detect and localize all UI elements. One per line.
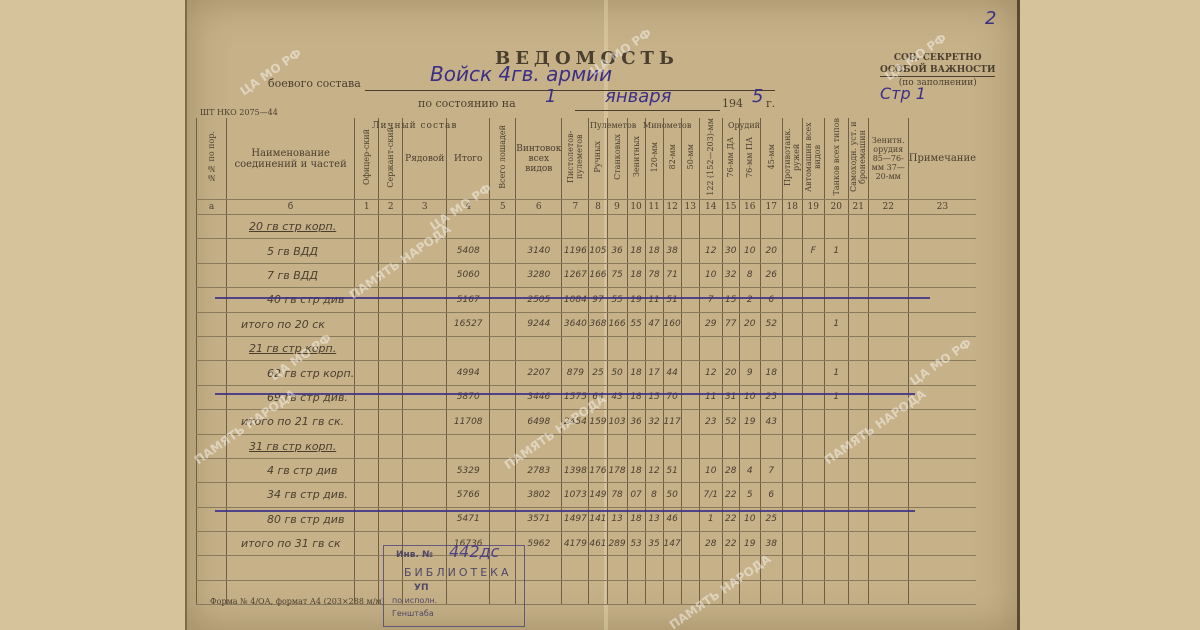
- value-cell: 20: [739, 312, 760, 336]
- value-cell: 5329: [447, 458, 490, 482]
- value-cell: 19: [739, 410, 760, 434]
- value-cell: 1: [824, 361, 848, 385]
- value-cell: [782, 288, 802, 312]
- value-cell: 3140: [516, 239, 562, 263]
- value-cell: [802, 385, 824, 409]
- value-cell: [908, 580, 976, 604]
- value-cell: [782, 263, 802, 287]
- column-number: 1: [355, 200, 379, 215]
- value-cell: [490, 483, 516, 507]
- value-cell: 18: [627, 361, 645, 385]
- value-cell: 25: [760, 385, 782, 409]
- unit-name: 34 гв стр див.: [227, 483, 355, 507]
- value-cell: [681, 434, 699, 458]
- value-cell: 50: [607, 361, 627, 385]
- value-cell: 22: [722, 483, 739, 507]
- value-cell: [403, 458, 447, 482]
- value-cell: [490, 215, 516, 239]
- value-cell: [403, 288, 447, 312]
- value-cell: [722, 434, 739, 458]
- value-cell: 78: [607, 483, 627, 507]
- value-cell: [403, 483, 447, 507]
- value-cell: 18: [627, 239, 645, 263]
- value-cell: [681, 556, 699, 580]
- value-cell: 7/1: [699, 483, 722, 507]
- value-cell: [848, 312, 868, 336]
- value-cell: 11: [645, 288, 663, 312]
- value-cell: [355, 312, 379, 336]
- value-cell: [355, 239, 379, 263]
- header-tanks: Танков всех типов: [832, 118, 841, 195]
- value-cell: [848, 263, 868, 287]
- value-cell: [699, 556, 722, 580]
- value-cell: 461: [589, 532, 607, 556]
- header-sergeants: Сержант-ский: [386, 127, 395, 188]
- value-cell: 5408: [447, 239, 490, 263]
- value-cell: [908, 458, 976, 482]
- value-cell: 3446: [516, 385, 562, 409]
- value-cell: 8: [645, 483, 663, 507]
- row-number-cell: [197, 336, 227, 360]
- value-cell: [447, 434, 490, 458]
- value-cell: 1073: [562, 483, 589, 507]
- year-prefix: 194: [722, 97, 743, 110]
- stamp-line5: Генштаба: [392, 609, 434, 618]
- value-cell: [607, 215, 627, 239]
- column-number: 10: [627, 200, 645, 215]
- header-vehicles: Автомашин всех видов: [804, 118, 822, 196]
- value-cell: 10: [699, 263, 722, 287]
- value-cell: [908, 434, 976, 458]
- value-cell: [868, 239, 908, 263]
- column-number-row: аб1234567891011121314151617181920212223: [197, 200, 977, 215]
- header-guns-group: Орудий: [728, 121, 760, 130]
- value-cell: 3640: [562, 312, 589, 336]
- value-cell: [490, 263, 516, 287]
- unit-name: итого по 20 ск: [227, 312, 355, 336]
- value-cell: 32: [645, 410, 663, 434]
- header-g122: 122 (152—203)-мм: [706, 118, 715, 196]
- value-cell: [868, 361, 908, 385]
- column-number: 5: [490, 200, 516, 215]
- value-cell: 12: [645, 458, 663, 482]
- value-cell: [848, 385, 868, 409]
- stamp-inv-value: 442дс: [449, 542, 499, 561]
- value-cell: [589, 580, 607, 604]
- header-g76pa: 76-мм ПА: [745, 137, 754, 178]
- value-cell: 1: [824, 239, 848, 263]
- date-month: января: [605, 86, 672, 107]
- value-cell: [663, 215, 681, 239]
- value-cell: [908, 312, 976, 336]
- value-cell: [379, 336, 403, 360]
- header-mg-light: Ручных: [593, 141, 602, 173]
- header-aa-guns: Зенитн. орудия 85—76-мм 37—20-мм: [868, 118, 908, 200]
- value-cell: [782, 385, 802, 409]
- value-cell: [802, 580, 824, 604]
- value-cell: [403, 312, 447, 336]
- stamp-line4: по исполн.: [392, 596, 437, 605]
- value-cell: [908, 410, 976, 434]
- value-cell: [681, 239, 699, 263]
- value-cell: [562, 336, 589, 360]
- header-m120: 120-мм: [650, 142, 659, 172]
- value-cell: [802, 434, 824, 458]
- value-cell: [782, 239, 802, 263]
- value-cell: [782, 532, 802, 556]
- date-label: по состоянию на: [418, 97, 516, 110]
- header-rifles: Винтовок всех видов: [516, 118, 562, 200]
- value-cell: 36: [607, 239, 627, 263]
- value-cell: [782, 336, 802, 360]
- value-cell: 2505: [516, 288, 562, 312]
- column-number: 9: [607, 200, 627, 215]
- value-cell: [782, 434, 802, 458]
- value-cell: [379, 410, 403, 434]
- value-cell: 176: [589, 458, 607, 482]
- row-number-cell: [197, 361, 227, 385]
- value-cell: 1398: [562, 458, 589, 482]
- value-cell: [355, 556, 379, 580]
- value-cell: 26: [760, 263, 782, 287]
- value-cell: 166: [607, 312, 627, 336]
- value-cell: 19: [739, 532, 760, 556]
- value-cell: [681, 410, 699, 434]
- row-number-cell: [197, 312, 227, 336]
- header-g45: 45-мм: [767, 144, 776, 169]
- value-cell: [589, 215, 607, 239]
- value-cell: [681, 361, 699, 385]
- value-cell: 22: [722, 532, 739, 556]
- value-cell: 43: [607, 385, 627, 409]
- value-cell: [681, 288, 699, 312]
- value-cell: [627, 434, 645, 458]
- value-cell: [782, 215, 802, 239]
- value-cell: [379, 458, 403, 482]
- value-cell: 52: [722, 410, 739, 434]
- value-cell: [802, 556, 824, 580]
- value-cell: [447, 336, 490, 360]
- header-atr: Противотанк. ружей: [783, 118, 801, 196]
- value-cell: [490, 361, 516, 385]
- value-cell: [848, 556, 868, 580]
- row-number-cell: [197, 263, 227, 287]
- value-cell: [681, 483, 699, 507]
- value-cell: 29: [699, 312, 722, 336]
- value-cell: [782, 361, 802, 385]
- value-cell: 1267: [562, 263, 589, 287]
- value-cell: [802, 215, 824, 239]
- value-cell: 6: [760, 483, 782, 507]
- value-cell: 1196: [562, 239, 589, 263]
- value-cell: [868, 434, 908, 458]
- form-code: ШТ НКО 2075—44: [200, 108, 278, 117]
- value-cell: [403, 263, 447, 287]
- header-m50: 50-мм: [686, 144, 695, 169]
- column-number: 8: [589, 200, 607, 215]
- header-mg-group: Пулеметов: [590, 121, 636, 130]
- value-cell: [607, 556, 627, 580]
- table-row: 4 гв стр див5329278313981761781812511028…: [197, 458, 977, 482]
- value-cell: [848, 458, 868, 482]
- value-cell: [782, 483, 802, 507]
- value-cell: [802, 483, 824, 507]
- value-cell: [739, 434, 760, 458]
- value-cell: [379, 483, 403, 507]
- value-cell: [908, 507, 976, 531]
- value-cell: 5766: [447, 483, 490, 507]
- value-cell: [627, 556, 645, 580]
- value-cell: [403, 410, 447, 434]
- value-cell: 51: [663, 288, 681, 312]
- value-cell: [824, 580, 848, 604]
- column-number: 18: [782, 200, 802, 215]
- value-cell: 11708: [447, 410, 490, 434]
- column-number: 12: [663, 200, 681, 215]
- date-day: 1: [545, 86, 556, 107]
- value-cell: [824, 532, 848, 556]
- value-cell: 15: [722, 288, 739, 312]
- header-smg: Пистолетов-пулеметов: [566, 118, 584, 196]
- value-cell: 12: [699, 361, 722, 385]
- value-cell: [824, 410, 848, 434]
- value-cell: 5: [739, 483, 760, 507]
- ink-line-1: [215, 297, 930, 299]
- value-cell: 10: [739, 239, 760, 263]
- value-cell: 4994: [447, 361, 490, 385]
- value-cell: [379, 385, 403, 409]
- column-number: 15: [722, 200, 739, 215]
- value-cell: [868, 532, 908, 556]
- column-number: 17: [760, 200, 782, 215]
- value-cell: 103: [607, 410, 627, 434]
- value-cell: [802, 361, 824, 385]
- value-cell: 2207: [516, 361, 562, 385]
- unit-name: 4 гв стр див: [227, 458, 355, 482]
- column-number: 7: [562, 200, 589, 215]
- value-cell: [645, 215, 663, 239]
- value-cell: 52: [760, 312, 782, 336]
- value-cell: [681, 385, 699, 409]
- value-cell: [355, 385, 379, 409]
- row-number-cell: [197, 288, 227, 312]
- value-cell: [490, 410, 516, 434]
- value-cell: [824, 288, 848, 312]
- value-cell: 23: [699, 410, 722, 434]
- value-cell: [760, 336, 782, 360]
- value-cell: [908, 483, 976, 507]
- header-horses: Всего лошадей: [498, 125, 507, 189]
- value-cell: 9: [739, 361, 760, 385]
- header-notes: Примечание: [908, 118, 976, 200]
- value-cell: [722, 336, 739, 360]
- value-cell: [868, 483, 908, 507]
- value-cell: [403, 361, 447, 385]
- value-cell: [699, 215, 722, 239]
- value-cell: [681, 336, 699, 360]
- value-cell: [802, 288, 824, 312]
- value-cell: [562, 580, 589, 604]
- value-cell: 5167: [447, 288, 490, 312]
- header-m82: 82-мм: [668, 144, 677, 169]
- value-cell: [403, 385, 447, 409]
- value-cell: 7: [760, 458, 782, 482]
- value-cell: [645, 580, 663, 604]
- value-cell: [802, 410, 824, 434]
- value-cell: [739, 215, 760, 239]
- value-cell: [627, 215, 645, 239]
- column-number: 2: [379, 200, 403, 215]
- value-cell: [802, 532, 824, 556]
- value-cell: [908, 215, 976, 239]
- row-number-cell: [197, 483, 227, 507]
- column-number: 13: [681, 200, 699, 215]
- value-cell: [490, 385, 516, 409]
- subtitle-value: Войск 4гв. армии: [430, 62, 612, 86]
- value-cell: [645, 336, 663, 360]
- header-personnel-group: Личный состав: [372, 121, 457, 131]
- value-cell: 9244: [516, 312, 562, 336]
- value-cell: [824, 336, 848, 360]
- value-cell: 18: [627, 263, 645, 287]
- value-cell: [379, 312, 403, 336]
- value-cell: [490, 239, 516, 263]
- value-cell: 51: [663, 458, 681, 482]
- value-cell: [722, 215, 739, 239]
- value-cell: 10: [699, 458, 722, 482]
- value-cell: [403, 434, 447, 458]
- value-cell: [802, 336, 824, 360]
- unit-name: 7 гв ВДД: [227, 263, 355, 287]
- value-cell: 15: [645, 385, 663, 409]
- header-mg-aa: Зенитных: [632, 136, 641, 177]
- table-header-row: №№ по пор. Наименование соединений и час…: [197, 118, 977, 200]
- value-cell: [868, 336, 908, 360]
- value-cell: [848, 336, 868, 360]
- value-cell: [627, 580, 645, 604]
- column-number: 23: [908, 200, 976, 215]
- value-cell: [607, 580, 627, 604]
- value-cell: [663, 580, 681, 604]
- value-cell: [355, 361, 379, 385]
- value-cell: 50: [663, 483, 681, 507]
- value-cell: 18: [627, 385, 645, 409]
- stamp-inv-label: Инв. №: [396, 550, 433, 560]
- value-cell: 1: [824, 312, 848, 336]
- value-cell: 28: [722, 458, 739, 482]
- value-cell: [379, 215, 403, 239]
- value-cell: [663, 556, 681, 580]
- value-cell: 43: [760, 410, 782, 434]
- value-cell: 75: [607, 263, 627, 287]
- value-cell: [802, 312, 824, 336]
- value-cell: 5060: [447, 263, 490, 287]
- value-cell: [782, 312, 802, 336]
- header-num: №№ по пор.: [207, 131, 216, 182]
- value-cell: 30: [722, 239, 739, 263]
- value-cell: 71: [663, 263, 681, 287]
- value-cell: 18: [760, 361, 782, 385]
- ink-line-3: [215, 510, 915, 512]
- value-cell: [760, 580, 782, 604]
- value-cell: 3802: [516, 483, 562, 507]
- value-cell: 10: [739, 385, 760, 409]
- value-cell: [699, 434, 722, 458]
- value-cell: [824, 556, 848, 580]
- value-cell: [908, 239, 976, 263]
- value-cell: [824, 263, 848, 287]
- year-suffix: 5: [752, 86, 763, 107]
- row-number-cell: [197, 556, 227, 580]
- value-cell: 55: [627, 312, 645, 336]
- value-cell: 20: [760, 239, 782, 263]
- value-cell: [868, 312, 908, 336]
- table-row: итого по 31 гв ск16736596241794612895335…: [197, 532, 977, 556]
- combat-strength-table: №№ по пор. Наименование соединений и час…: [196, 118, 976, 605]
- value-cell: 53: [627, 532, 645, 556]
- value-cell: 5870: [447, 385, 490, 409]
- row-number-cell: [197, 532, 227, 556]
- value-cell: [490, 288, 516, 312]
- table-row: 34 гв стр див.57663802107314978078507/12…: [197, 483, 977, 507]
- value-cell: 35: [645, 532, 663, 556]
- value-cell: 28: [699, 532, 722, 556]
- value-cell: [739, 336, 760, 360]
- value-cell: [627, 336, 645, 360]
- value-cell: [681, 458, 699, 482]
- value-cell: [355, 532, 379, 556]
- library-stamp: Инв. № 442дс БИБЛИОТЕКА УП по исполн. Ге…: [383, 545, 525, 627]
- value-cell: 8: [739, 263, 760, 287]
- value-cell: 36: [627, 410, 645, 434]
- row-number-cell: [197, 410, 227, 434]
- value-cell: 1084: [562, 288, 589, 312]
- value-cell: [699, 336, 722, 360]
- year-unit: г.: [766, 97, 775, 110]
- table-row: 62 гв стр корп.4994220787925501817441220…: [197, 361, 977, 385]
- value-cell: [868, 215, 908, 239]
- value-cell: [782, 458, 802, 482]
- value-cell: 147: [663, 532, 681, 556]
- value-cell: [868, 263, 908, 287]
- value-cell: 117: [663, 410, 681, 434]
- table-row: [197, 556, 977, 580]
- value-cell: [355, 434, 379, 458]
- value-cell: [355, 336, 379, 360]
- column-number: 6: [516, 200, 562, 215]
- header-officers: Офицер-ский: [362, 129, 371, 185]
- value-cell: [355, 458, 379, 482]
- column-number: а: [197, 200, 227, 215]
- value-cell: [663, 434, 681, 458]
- form-footer: Форма № 4/ОА, формат А4 (203×288 м/м): [210, 597, 385, 606]
- value-cell: 160: [663, 312, 681, 336]
- value-cell: [490, 312, 516, 336]
- value-cell: 2: [739, 288, 760, 312]
- subtitle-underline: [365, 90, 775, 91]
- page-label: Стр 1: [880, 84, 926, 103]
- value-cell: 1: [824, 385, 848, 409]
- unit-name: 40 гв стр див: [227, 288, 355, 312]
- table-row: 5 гв ВДД5408314011961053618183812301020F…: [197, 239, 977, 263]
- unit-name: 5 гв ВДД: [227, 239, 355, 263]
- subtitle-label: боевого состава: [268, 77, 361, 90]
- header-mg-heavy: Станковых: [613, 134, 622, 180]
- value-cell: [802, 458, 824, 482]
- column-number: 16: [739, 200, 760, 215]
- value-cell: [824, 483, 848, 507]
- value-cell: [562, 215, 589, 239]
